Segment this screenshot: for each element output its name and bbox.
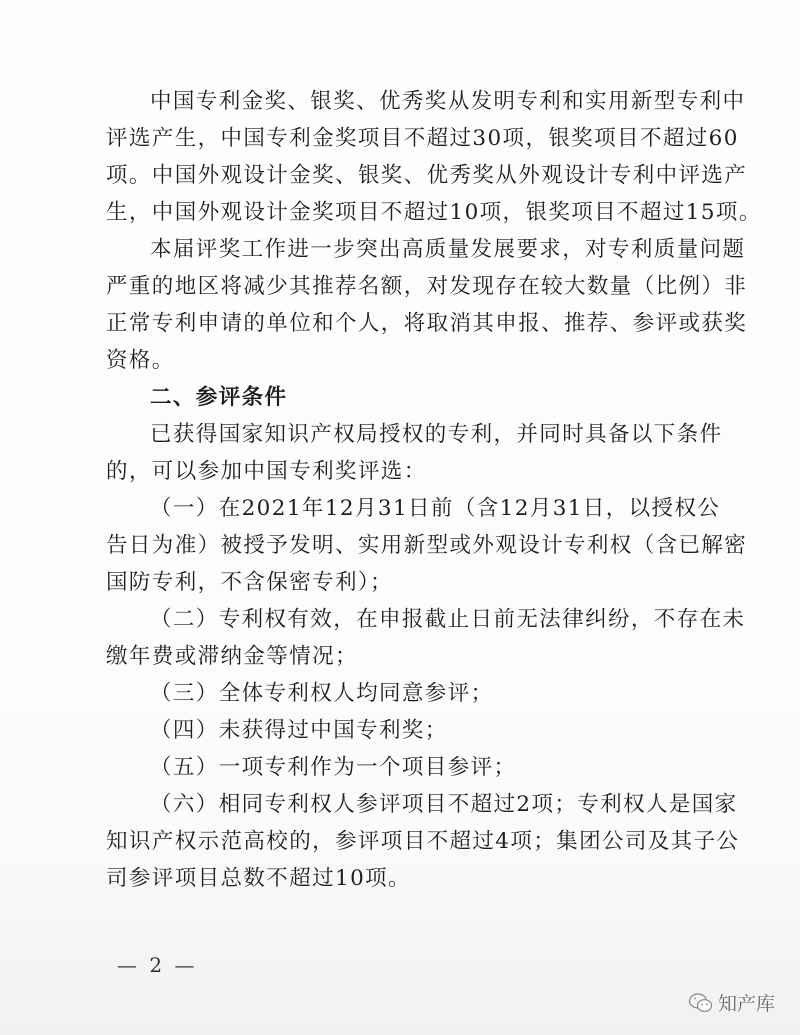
text-line: 司参评项目总数不超过10项。 xyxy=(106,866,706,892)
text-line: 告日为准）被授予发明、实用新型或外观设计专利权（含已解密 xyxy=(106,533,706,559)
text-line: 严重的地区将减少其推荐名额，对发现存在较大数量（比例）非 xyxy=(106,274,706,300)
text-line: （六）相同专利权人参评项目不超过2项；专利权人是国家 xyxy=(150,792,706,818)
text-line: 缴年费或滞纳金等情况； xyxy=(106,644,706,670)
text-line: 知识产权示范高校的，参评项目不超过4项；集团公司及其子公 xyxy=(106,829,706,855)
watermark-label: 知产库 xyxy=(718,989,775,1016)
text-line: （五）一项专利作为一个项目参评； xyxy=(150,755,706,781)
text-line: 生，中国外观设计金奖项目不超过10项，银奖项目不超过15项。 xyxy=(106,200,706,226)
text-line: 中国专利金奖、银奖、优秀奖从发明专利和实用新型专利中 xyxy=(150,89,706,115)
text-line: 的，可以参加中国专利奖评选： xyxy=(106,459,706,485)
text-line: （一）在2021年12月31日前（含12月31日，以授权公 xyxy=(150,496,706,522)
text-line: 已获得国家知识产权局授权的专利，并同时具备以下条件 xyxy=(150,422,706,448)
text-line: 评选产生，中国专利金奖项目不超过30项，银奖项目不超过60 xyxy=(106,126,706,152)
text-line: 本届评奖工作进一步突出高质量发展要求，对专利质量问题 xyxy=(150,237,706,263)
document-page: 中国专利金奖、银奖、优秀奖从发明专利和实用新型专利中评选产生，中国专利金奖项目不… xyxy=(0,0,800,1035)
text-line: （四）未获得过中国专利奖； xyxy=(150,718,706,744)
text-line: 正常专利申请的单位和个人，将取消其申报、推荐、参评或获奖 xyxy=(106,311,706,337)
text-line: 资格。 xyxy=(106,348,706,374)
watermark: 知产库 xyxy=(688,989,775,1016)
text-line: （二）专利权有效，在申报截止日前无法律纠纷，不存在未 xyxy=(150,607,706,633)
wechat-icon xyxy=(688,992,714,1014)
section-heading: 二、参评条件 xyxy=(150,385,706,411)
text-line: （三）全体专利权人均同意参评； xyxy=(150,681,706,707)
page-number: — 2 — xyxy=(117,953,197,977)
text-line: 项。中国外观设计金奖、银奖、优秀奖从外观设计专利中评选产 xyxy=(106,163,706,189)
text-line: 国防专利，不含保密专利）； xyxy=(106,570,706,596)
